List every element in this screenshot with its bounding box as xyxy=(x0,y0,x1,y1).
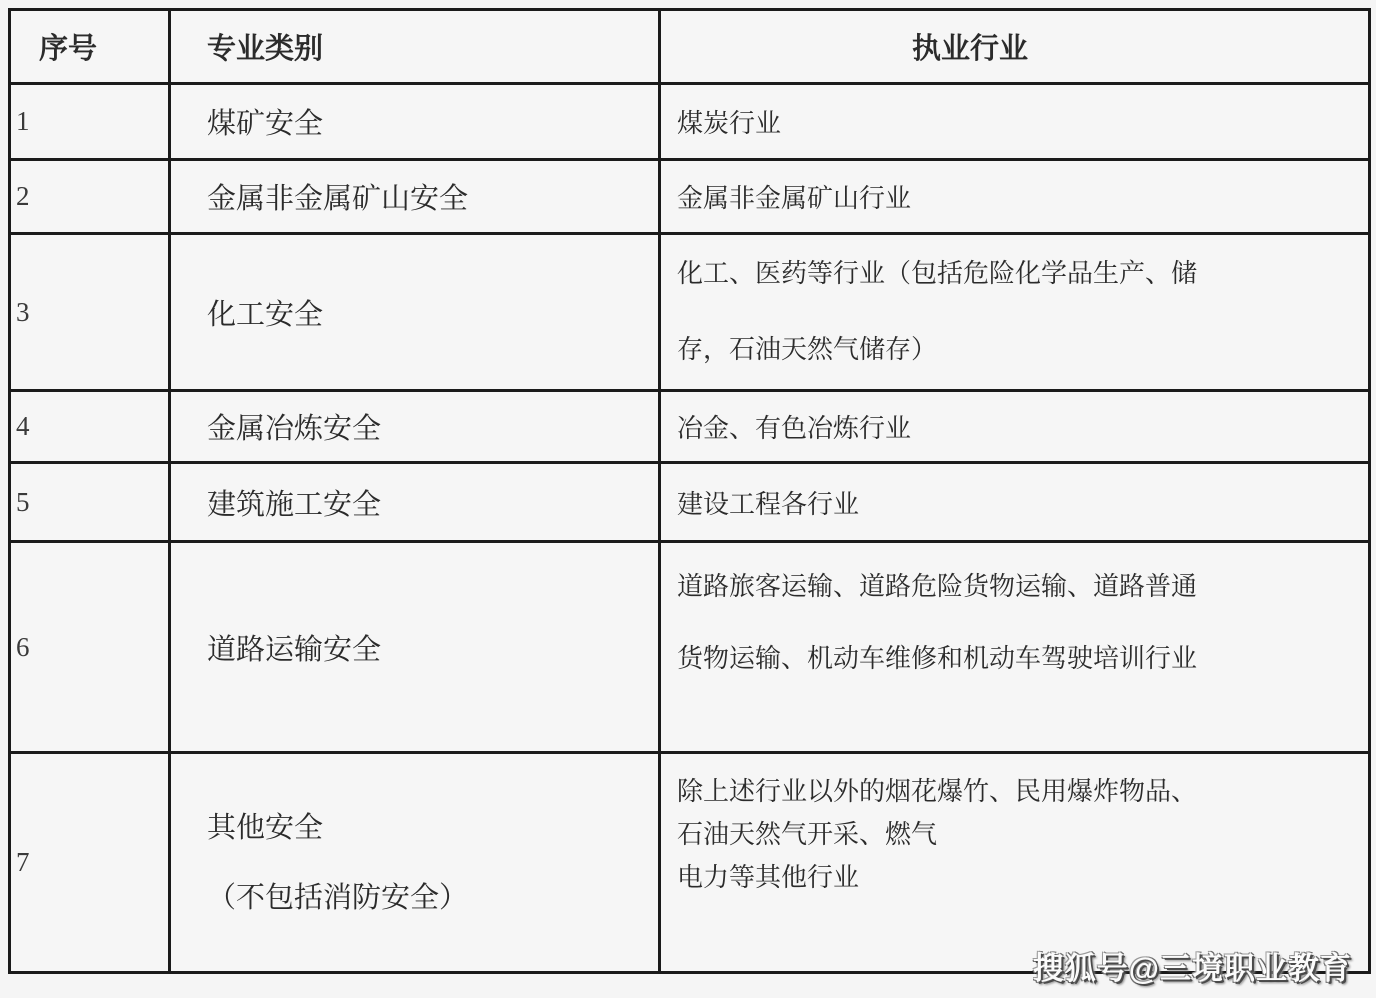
safety-engineer-category-table: 序号 专业类别 执业行业 1 煤矿安全 煤炭行业 2 金属非金属矿山安全 xyxy=(8,8,1371,974)
cell-industry: 建设工程各行业 xyxy=(660,463,1370,542)
cell-num: 2 xyxy=(10,160,170,234)
cell-category: 金属冶炼安全 xyxy=(170,391,660,463)
cell-category: 金属非金属矿山安全 xyxy=(170,160,660,234)
category-line: 金属冶炼安全 xyxy=(207,406,657,447)
industry-line: 除上述行业以外的烟花爆竹、民用爆炸物品、 xyxy=(677,770,1362,813)
cell-num: 1 xyxy=(10,84,170,160)
table-row: 6 道路运输安全 道路旅客运输、道路危险货物运输、道路普通 货物运输、机动车维修… xyxy=(10,542,1370,753)
industry-line: 存，石油天然气储存） xyxy=(677,312,1362,388)
table-row: 7 其他安全 （不包括消防安全） 除上述行业以外的烟花爆竹、民用爆炸物品、 石油… xyxy=(10,753,1370,973)
industry-line: 煤炭行业 xyxy=(677,103,1362,140)
table-row: 1 煤矿安全 煤炭行业 xyxy=(10,84,1370,160)
industry-line: 金属非金属矿山行业 xyxy=(677,178,1362,215)
category-line: 道路运输安全 xyxy=(207,627,657,668)
cell-industry: 金属非金属矿山行业 xyxy=(660,160,1370,234)
cell-industry: 除上述行业以外的烟花爆竹、民用爆炸物品、 石油天然气开采、燃气 电力等其他行业 xyxy=(660,753,1370,973)
industry-line: 冶金、有色冶炼行业 xyxy=(677,408,1362,445)
cell-category: 道路运输安全 xyxy=(170,542,660,753)
table-row: 4 金属冶炼安全 冶金、有色冶炼行业 xyxy=(10,391,1370,463)
cell-category: 建筑施工安全 xyxy=(170,463,660,542)
industry-line: 货物运输、机动车维修和机动车驾驶培训行业 xyxy=(677,623,1362,695)
industry-line: 石油天然气开采、燃气 xyxy=(677,813,1362,856)
category-line: 煤矿安全 xyxy=(207,101,657,142)
industry-line: 道路旅客运输、道路危险货物运输、道路普通 xyxy=(677,551,1362,623)
cell-num: 6 xyxy=(10,542,170,753)
cell-industry: 道路旅客运输、道路危险货物运输、道路普通 货物运输、机动车维修和机动车驾驶培训行… xyxy=(660,542,1370,753)
table-row: 5 建筑施工安全 建设工程各行业 xyxy=(10,463,1370,542)
cell-industry: 煤炭行业 xyxy=(660,84,1370,160)
industry-line: 电力等其他行业 xyxy=(677,856,1362,899)
industry-line: 化工、医药等行业（包括危险化学品生产、储 xyxy=(677,236,1362,312)
category-line: 化工安全 xyxy=(207,292,657,333)
header-cell-category: 专业类别 xyxy=(170,10,660,84)
cell-num: 4 xyxy=(10,391,170,463)
cell-industry: 化工、医药等行业（包括危险化学品生产、储 存，石油天然气储存） xyxy=(660,234,1370,391)
table-row: 3 化工安全 化工、医药等行业（包括危险化学品生产、储 存，石油天然气储存） xyxy=(10,234,1370,391)
watermark-sohu-account: 搜狐号@三境职业教育 xyxy=(1033,943,1352,988)
industry-line: 建设工程各行业 xyxy=(677,484,1362,521)
table-header-row: 序号 专业类别 执业行业 xyxy=(10,10,1370,84)
category-line: （不包括消防安全） xyxy=(207,863,657,933)
category-line: 建筑施工安全 xyxy=(207,482,657,523)
category-line: 金属非金属矿山安全 xyxy=(207,176,657,217)
cell-category: 煤矿安全 xyxy=(170,84,660,160)
cell-category: 其他安全 （不包括消防安全） xyxy=(170,753,660,973)
header-cell-industry: 执业行业 xyxy=(660,10,1370,84)
page: 序号 专业类别 执业行业 1 煤矿安全 煤炭行业 2 金属非金属矿山安全 xyxy=(0,0,1376,998)
cell-num: 5 xyxy=(10,463,170,542)
cell-industry: 冶金、有色冶炼行业 xyxy=(660,391,1370,463)
header-cell-num: 序号 xyxy=(10,10,170,84)
cell-category: 化工安全 xyxy=(170,234,660,391)
cell-num: 3 xyxy=(10,234,170,391)
category-line: 其他安全 xyxy=(207,793,657,863)
table-row: 2 金属非金属矿山安全 金属非金属矿山行业 xyxy=(10,160,1370,234)
cell-num: 7 xyxy=(10,753,170,973)
